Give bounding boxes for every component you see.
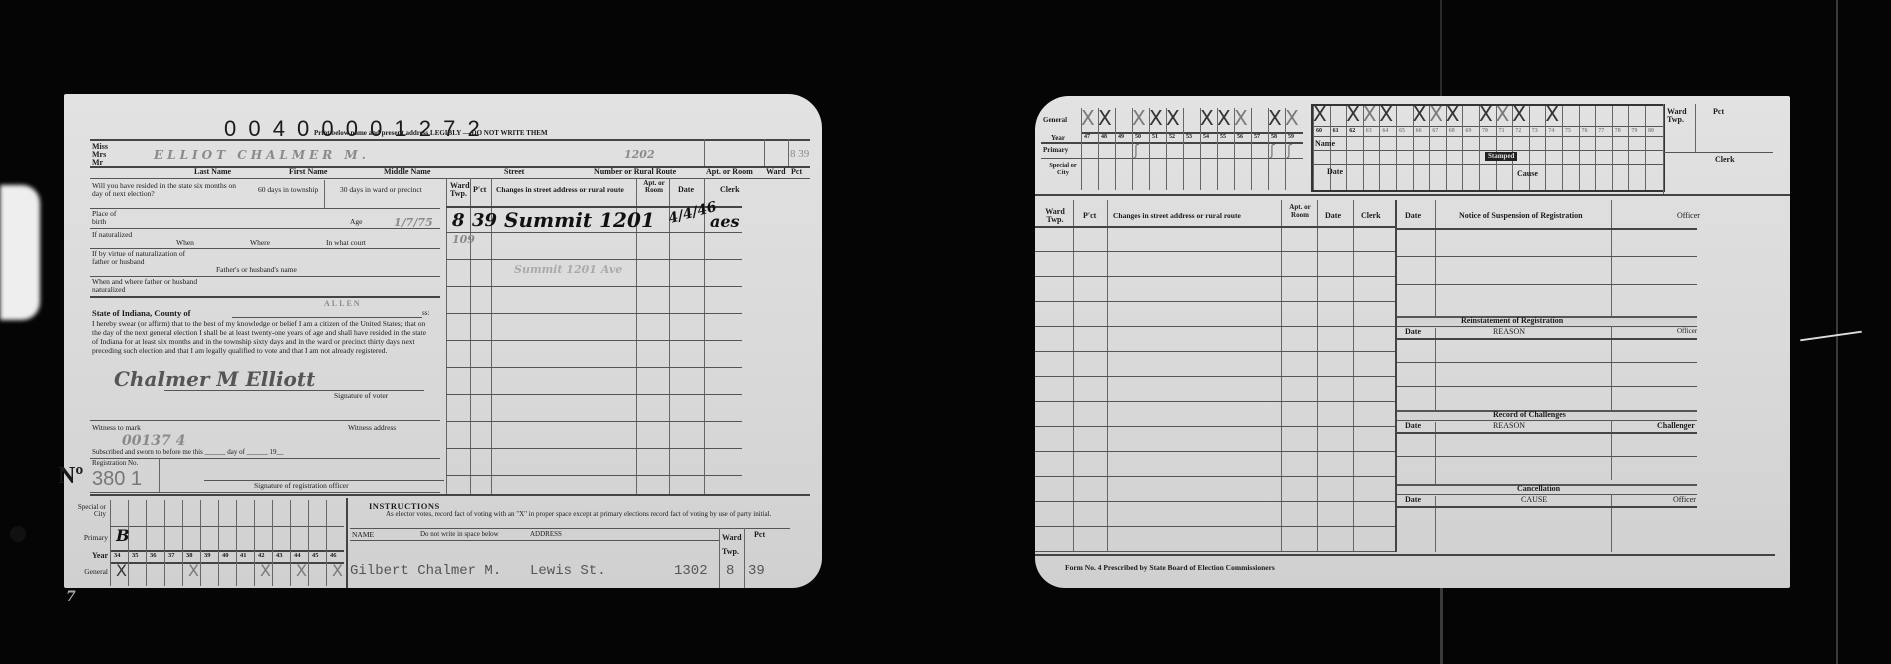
general-mark-60: X <box>1313 104 1327 124</box>
suspension-col-notice: Notice of Suspension of Registration <box>1459 212 1583 220</box>
year-49: 49 <box>1118 134 1124 140</box>
header-pct: Pct <box>1713 108 1724 116</box>
grid-column-divider <box>164 500 165 586</box>
label-where: Where <box>250 239 270 247</box>
year-79: 79 <box>1631 128 1637 134</box>
year-67: 67 <box>1432 128 1438 134</box>
year-69: 69 <box>1465 128 1471 134</box>
vote-grid-left-card: 34353637383940414243444546 B X X X X X <box>110 500 344 586</box>
year-72: 72 <box>1515 128 1521 134</box>
year-59: 59 <box>1288 134 1294 140</box>
table-row-divider <box>1035 526 1395 527</box>
question-ward: 30 days in ward or precinct <box>340 186 430 194</box>
grid-column-divider <box>1396 106 1397 190</box>
row-label-general: General <box>66 568 108 576</box>
year-51: 51 <box>1152 134 1158 140</box>
row-label-general: General <box>1043 117 1067 124</box>
address-faint: 1202 <box>624 149 655 160</box>
suspension-col-date: Date <box>1405 212 1421 220</box>
stub-typed-street: Lewis St. <box>530 564 606 578</box>
oath-heading: State of Indiana, County of <box>92 309 190 318</box>
label-place-of-birth: Place of birth <box>92 210 132 226</box>
year-64: 64 <box>1382 128 1388 134</box>
table-row-divider <box>1035 251 1395 252</box>
change-row-1-ward: 8 <box>452 212 465 230</box>
grid-column-divider <box>218 500 219 586</box>
year-53: 53 <box>1186 134 1192 140</box>
oath-text: I hereby swear (or affirm) that to the b… <box>92 319 427 355</box>
grid-column-divider <box>146 500 147 586</box>
table-row-divider <box>1035 376 1395 377</box>
change-faint-note: Summit 1201 Ave <box>514 264 622 275</box>
general-mark-50: X <box>1132 108 1146 128</box>
label-name: Name <box>1315 140 1335 148</box>
stamp-mark: Stamped <box>1485 152 1517 161</box>
col-pct: P'ct <box>1083 212 1096 220</box>
stub-typed-name: Gilbert Chalmer M. <box>350 564 501 578</box>
table-row-divider <box>1035 351 1395 352</box>
year-43: 43 <box>276 553 283 560</box>
year-76: 76 <box>1582 128 1588 134</box>
col-ward-twp: Ward Twp. <box>1041 208 1069 224</box>
label-officer-signature: Signature of registration officer <box>254 482 349 490</box>
year-66: 66 <box>1416 128 1422 134</box>
grid-column-divider <box>1612 106 1613 190</box>
challenges-col-date: Date <box>1405 422 1421 430</box>
year-63: 63 <box>1366 128 1372 134</box>
year-46: 46 <box>330 553 337 560</box>
table-row-divider <box>1035 451 1395 452</box>
grid-column-divider <box>308 500 309 586</box>
general-mark-72: X <box>1512 104 1526 124</box>
change-row-2-ward: 109 <box>452 234 475 245</box>
cancellation-col-officer: Officer <box>1673 496 1696 504</box>
header-divider <box>1035 226 1395 228</box>
grid-column-divider <box>1462 106 1463 190</box>
year-45: 45 <box>312 553 319 560</box>
general-mark-54: X <box>1200 108 1214 128</box>
general-mark-63: X <box>1363 104 1377 124</box>
label-number: Number or Rural Route <box>594 168 676 176</box>
film-artifact-blob <box>0 185 40 320</box>
year-50: 50 <box>1135 134 1141 140</box>
reinstatement-col-reason: REASON <box>1493 328 1525 336</box>
vote-grid-right-card-1: General Year Primary Special or City 47X… <box>1041 104 1303 190</box>
year-60: 60 <box>1316 128 1322 134</box>
general-mark-34: X <box>116 563 127 579</box>
grid-column-divider <box>254 500 255 586</box>
year-71: 71 <box>1499 128 1505 134</box>
challenges-title: Record of Challenges <box>1493 411 1566 419</box>
challenges-col-reason: REASON <box>1493 422 1525 430</box>
year-41: 41 <box>240 553 247 560</box>
row-label-year: Year <box>1051 135 1065 142</box>
cancellation-col-date: Date <box>1405 496 1421 504</box>
year-70: 70 <box>1482 128 1488 134</box>
reinstatement-col-officer: Officer <box>1677 328 1697 335</box>
year-38: 38 <box>186 553 193 560</box>
label-naturalized: If naturalized <box>92 231 132 239</box>
voter-name-faint: ELLIOT CHALMER M. <box>154 149 370 161</box>
grid-column-divider <box>1595 106 1596 190</box>
year-55: 55 <box>1220 134 1226 140</box>
col-ward-twp: Ward Twp. <box>450 182 470 198</box>
general-mark-56: X <box>1234 108 1248 128</box>
registration-card-back: General Year Primary Special or City 47X… <box>1035 96 1790 588</box>
label-father-name: Father's or husband's name <box>216 266 297 274</box>
instructions-text: As elector votes, record fact of voting … <box>386 510 776 518</box>
reinstatement-title: Reinstatement of Registration <box>1461 317 1563 325</box>
table-row-divider <box>1035 401 1395 402</box>
table-row-divider <box>1035 501 1395 502</box>
film-divider <box>1440 0 1442 96</box>
label-street: Street <box>504 168 524 176</box>
grid-column-divider <box>1628 106 1629 190</box>
year-34: 34 <box>114 553 121 560</box>
general-mark-62: X <box>1346 104 1360 124</box>
general-mark-74: X <box>1545 104 1559 124</box>
year-80: 80 <box>1648 128 1654 134</box>
general-mark-44: X <box>296 563 307 579</box>
table-row-divider <box>1035 276 1395 277</box>
subscribed-text: Subscribed and sworn to before me this _… <box>92 449 284 456</box>
voter-signature: Chalmer M Elliott <box>114 369 315 389</box>
cancellation-title: Cancellation <box>1517 485 1560 493</box>
cancellation-col-cause: CAUSE <box>1521 496 1547 504</box>
year-73: 73 <box>1532 128 1538 134</box>
label-pct: Pct <box>791 168 802 176</box>
grid-column-divider <box>290 500 291 586</box>
general-mark-38: X <box>188 563 199 579</box>
grid-column-divider <box>1251 108 1252 190</box>
film-scratch-mark <box>1800 331 1862 342</box>
label-witness-to-mark: Witness to mark <box>92 424 141 432</box>
vote-grid-right-card-2: 60X6162X63X64X6566X67X68X6970X71X72X7374… <box>1311 104 1665 192</box>
registration-prefix: Nº <box>58 464 83 488</box>
table-row-divider <box>1035 426 1395 427</box>
punch-hole <box>10 526 26 542</box>
col-changes-address: Changes in street address or rural route <box>496 186 624 194</box>
change-row-1-pct: 39 <box>472 212 497 230</box>
primary-mark-50: ʃ <box>1134 144 1139 158</box>
stub-typed-ward: 8 <box>726 564 734 578</box>
form-footer: Form No. 4 Prescribed by State Board of … <box>1065 564 1275 572</box>
grid-column-divider <box>1579 106 1580 190</box>
grid-column-divider <box>1330 106 1331 190</box>
col-clerk: Clerk <box>720 186 740 194</box>
grid-column-divider <box>1183 108 1184 190</box>
row-label-primary: Primary <box>66 534 108 542</box>
primary-mark-59: ʃ <box>1287 144 1292 158</box>
grid-column-divider <box>272 500 273 586</box>
corner-mark: 7 <box>66 590 76 604</box>
label-middle-name: Middle Name <box>384 168 430 176</box>
year-48: 48 <box>1101 134 1107 140</box>
label-court: In what court <box>326 239 366 247</box>
stub-pct-label: Pct <box>754 531 765 539</box>
film-scratch-line <box>1836 0 1838 664</box>
year-36: 36 <box>150 553 157 560</box>
film-divider-bottom <box>1440 588 1443 664</box>
year-56: 56 <box>1237 134 1243 140</box>
year-40: 40 <box>222 553 229 560</box>
challenges-col-challenger: Challenger <box>1657 422 1695 430</box>
question-township: 60 days in township <box>258 186 328 194</box>
year-42: 42 <box>258 553 265 560</box>
general-mark-71: X <box>1496 104 1510 124</box>
label-signature-of-voter: Signature of voter <box>334 392 388 400</box>
grid-column-divider <box>1562 106 1563 190</box>
col-apt-room: Apt. or Room <box>1285 203 1315 219</box>
label-witness-address: Witness address <box>348 424 396 432</box>
changes-table-back: Ward Twp. P'ct Changes in street address… <box>1035 200 1395 552</box>
primary-mark-34: B <box>116 528 130 544</box>
stub-do-not-write: Do not write in space below <box>420 531 499 538</box>
header-ward-twp: Ward Twp. <box>1667 108 1691 124</box>
label-first-name: First Name <box>289 168 327 176</box>
general-mark-46: X <box>332 563 343 579</box>
salutation-labels: Miss Mrs Mr <box>92 143 108 167</box>
suspension-col-officer: Officer <box>1677 212 1700 220</box>
stub-name-label: NAME <box>352 531 374 539</box>
stub-ward-label: Ward Twp. <box>722 531 742 559</box>
ward-pct-faint: 8 39 <box>790 149 809 160</box>
label-ward: Ward <box>766 168 786 176</box>
label-father-when-where: When and where father or husband natural… <box>92 278 202 294</box>
year-68: 68 <box>1449 128 1455 134</box>
label-apt: Apt. or Room <box>706 168 753 176</box>
year-44: 44 <box>294 553 301 560</box>
grid-column-divider <box>236 500 237 586</box>
table-row-divider <box>1035 301 1395 302</box>
general-mark-67: X <box>1429 104 1443 124</box>
year-58: 58 <box>1271 134 1277 140</box>
row-label-special-city: Special or City <box>68 504 106 518</box>
stub-address-label: ADDRESS <box>530 531 562 538</box>
general-mark-66: X <box>1413 104 1427 124</box>
label-last-name: Last Name <box>194 168 231 176</box>
general-mark-48: X <box>1098 108 1112 128</box>
general-mark-47: X <box>1081 108 1095 128</box>
primary-mark-58: ʃ <box>1270 144 1275 158</box>
grid-column-divider <box>182 500 183 586</box>
header-clerk: Clerk <box>1715 156 1735 164</box>
col-changes-address: Changes in street address or rural route <box>1113 212 1241 220</box>
general-mark-68: X <box>1446 104 1460 124</box>
col-apt-room: Apt. or Room <box>640 180 668 194</box>
change-row-1-address: Summit 1201 <box>504 210 655 230</box>
grid-column-divider <box>110 500 111 586</box>
year-61: 61 <box>1333 128 1339 134</box>
registration-card-front: 0 0 4 0 0 0 0 1 2 7 2 Print below name a… <box>64 94 822 588</box>
age-value: 1/7/75 <box>394 217 433 228</box>
year-78: 78 <box>1615 128 1621 134</box>
col-clerk: Clerk <box>1361 212 1381 220</box>
registration-number: 380 1 <box>92 469 142 489</box>
table-row-divider <box>1035 476 1395 477</box>
oath-ss: ss: <box>422 310 429 317</box>
label-father-naturalization: If by virtue of naturalization of father… <box>92 250 192 266</box>
general-mark-58: X <box>1268 108 1282 128</box>
grid-column-divider <box>326 500 327 586</box>
header-instruction: Print below name and present address LEG… <box>314 130 548 137</box>
general-mark-55: X <box>1217 108 1231 128</box>
year-35: 35 <box>132 553 139 560</box>
reinstatement-col-date: Date <box>1405 328 1421 336</box>
witness-handwritten: 00137 4 <box>122 434 185 448</box>
general-mark-70: X <box>1479 104 1493 124</box>
year-57: 57 <box>1254 134 1260 140</box>
col-date: Date <box>678 186 694 194</box>
grid-column-divider <box>200 500 201 586</box>
general-mark-52: X <box>1166 108 1180 128</box>
stub-typed-number: 1302 <box>674 564 708 578</box>
year-75: 75 <box>1565 128 1571 134</box>
status-records-panel: Date Notice of Suspension of Registratio… <box>1397 200 1777 552</box>
table-row-divider <box>1035 551 1395 552</box>
year-47: 47 <box>1084 134 1090 140</box>
year-74: 74 <box>1548 128 1554 134</box>
change-row-1-clerk: aes <box>710 214 740 230</box>
general-mark-42: X <box>260 563 271 579</box>
grid-column-divider <box>1645 106 1646 190</box>
label-registration-no: Registration No. <box>92 460 138 467</box>
county-value: ALLEN <box>324 300 362 308</box>
stub-typed-pct: 39 <box>748 564 765 578</box>
general-mark-64: X <box>1379 104 1393 124</box>
row-label-primary: Primary <box>1043 147 1068 154</box>
row-label-special-city: Special or City <box>1045 162 1081 176</box>
label-when: When <box>176 239 194 247</box>
question-state-residence: Will you have resided in the state six m… <box>92 182 242 198</box>
label-cause: Cause <box>1517 170 1538 178</box>
year-65: 65 <box>1399 128 1405 134</box>
year-52: 52 <box>1169 134 1175 140</box>
general-mark-51: X <box>1149 108 1163 128</box>
year-62: 62 <box>1349 128 1355 134</box>
grid-column-divider <box>1115 108 1116 190</box>
label-date: Date <box>1327 168 1343 176</box>
year-54: 54 <box>1203 134 1209 140</box>
col-pct: P'ct <box>473 186 486 194</box>
year-77: 77 <box>1598 128 1604 134</box>
year-39: 39 <box>204 553 211 560</box>
table-row-divider <box>1035 326 1395 327</box>
general-mark-59: X <box>1285 108 1299 128</box>
label-age: Age <box>350 218 363 226</box>
row-label-year: Year <box>66 552 108 560</box>
col-date: Date <box>1325 212 1341 220</box>
year-37: 37 <box>168 553 175 560</box>
